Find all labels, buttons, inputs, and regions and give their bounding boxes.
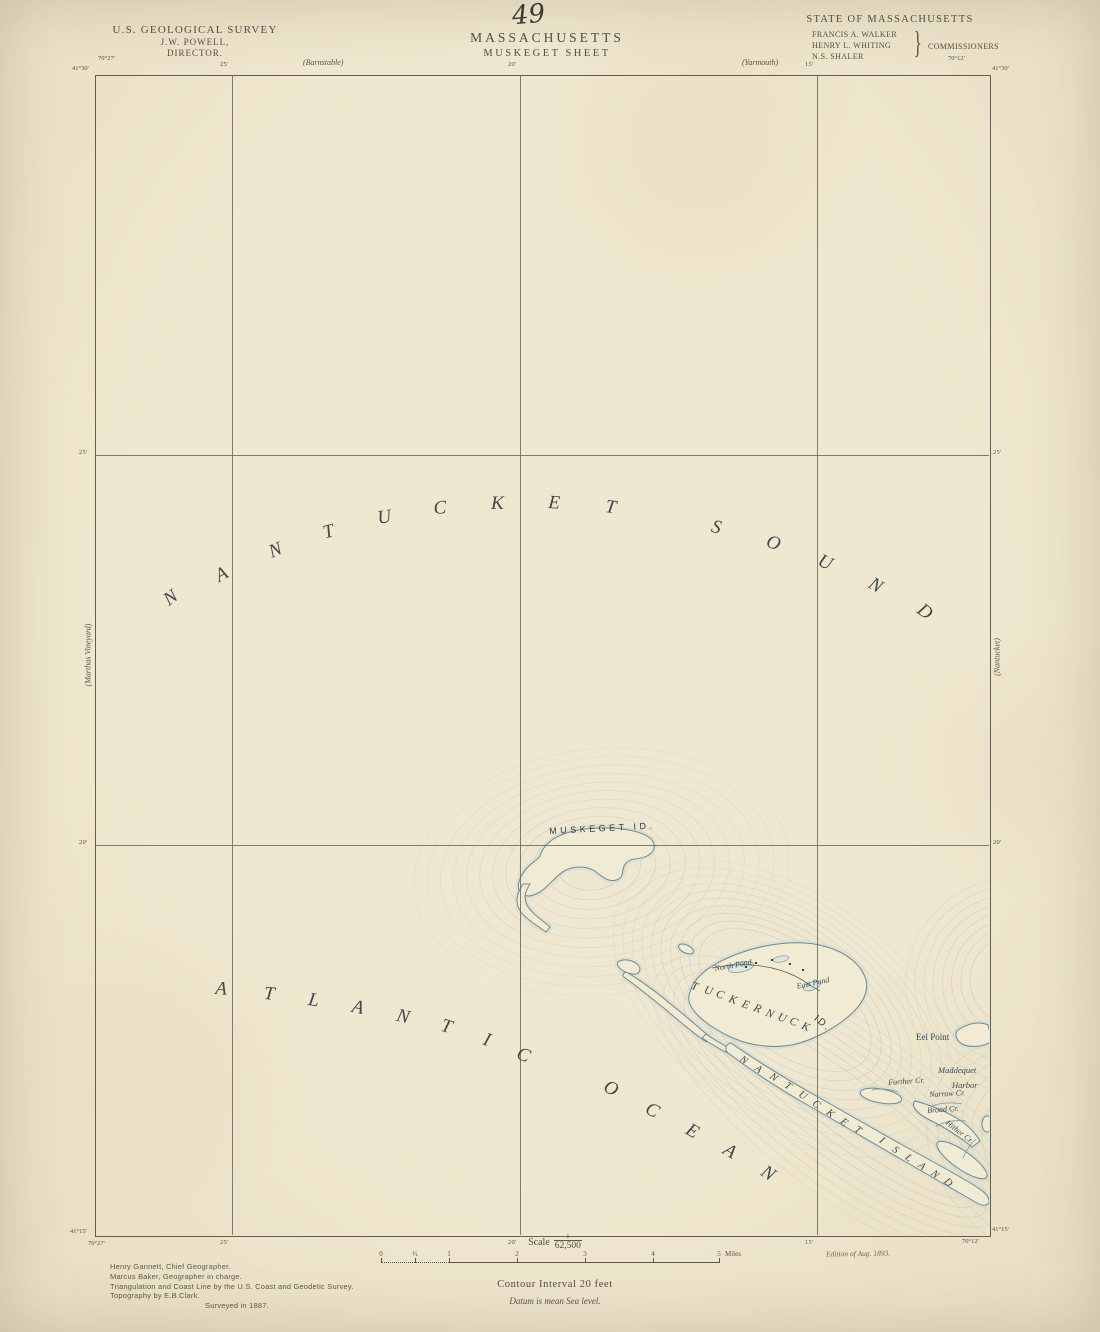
datum-note: Datum is mean Sea level. <box>440 1296 670 1306</box>
adjoining-sheet-yarmouth: (Yarmouth) <box>742 58 778 67</box>
scale-bar-tick-label: 1 <box>447 1250 451 1258</box>
scale-bar-tick <box>719 1258 720 1263</box>
graticule-tick-label: 20' <box>508 1239 517 1246</box>
corner-longitude: 70°12' <box>948 55 965 62</box>
atlantic-ocean-letter: A <box>215 979 228 999</box>
meridian-line <box>817 75 818 1235</box>
sheet-title-block: MASSACHUSETTS MUSKEGET SHEET <box>402 30 692 59</box>
scale-word: Scale <box>528 1237 550 1248</box>
adjoining-sheet-barnstable: (Barnstable) <box>303 58 343 67</box>
brace-glyph: } <box>913 24 921 61</box>
corner-longitude: 70°27' <box>98 55 115 62</box>
corner-longitude: 70°12' <box>962 1238 979 1245</box>
nantucket-sound-letter: U <box>376 507 393 528</box>
director-title: DIRECTOR. <box>95 48 295 58</box>
sheet-name-subtitle: MUSKEGET SHEET <box>402 48 692 59</box>
scale-bar-tick-label: 2 <box>515 1250 519 1258</box>
adjoining-sheet-nantucket: (Nantucket) <box>993 638 1002 676</box>
corner-latitude: 41°30' <box>72 65 89 72</box>
scale-bar-tick-label: 5 <box>717 1250 721 1258</box>
corner-latitude: 41°15' <box>70 1228 87 1235</box>
credit-line: Henry Gannett, Chief Geographer. <box>110 1262 354 1272</box>
scale-denominator: 62,500 <box>554 1240 582 1251</box>
scale-bar-tick <box>415 1258 416 1263</box>
map-neatline <box>95 75 991 1237</box>
parallel-line <box>95 455 989 456</box>
state-name-title: MASSACHUSETTS <box>402 30 692 46</box>
agency-name: U.S. GEOLOGICAL SURVEY <box>95 24 295 36</box>
director-name: J.W. POWELL, <box>95 37 295 47</box>
credit-line: Surveyed in 1887. <box>205 1301 354 1311</box>
corner-longitude: 70°27' <box>88 1240 105 1247</box>
scale-bar-tick-label: 0 <box>379 1250 383 1258</box>
atlantic-ocean-letter: T <box>263 984 276 1004</box>
commissioner-name: N.S. SHALER <box>812 51 897 62</box>
handwritten-sheet-number: 49 <box>511 0 547 31</box>
place-label: Eel Point <box>916 1033 949 1042</box>
graticule-tick-label: 25' <box>220 1239 229 1246</box>
commissioner-names: FRANCIS A. WALKER HENRY L. WHITING N.S. … <box>812 29 897 62</box>
scale-bar-tick <box>517 1258 518 1263</box>
scale-bar-tick <box>449 1258 450 1263</box>
scale-bar-main-segment <box>449 1262 719 1263</box>
parallel-line <box>95 845 989 846</box>
graticule-tick-label: 15' <box>805 1239 814 1246</box>
scale-fraction: 162,500 <box>554 1234 582 1251</box>
graticule-tick-label: 20' <box>993 839 1002 846</box>
scale-bar-tick <box>381 1258 382 1263</box>
commissioners-block: STATE OF MASSACHUSETTS FRANCIS A. WALKER… <box>760 14 1020 25</box>
commissioner-name: FRANCIS A. WALKER <box>812 29 897 40</box>
credit-line: Triangulation and Coast Line by the U.S.… <box>110 1282 354 1292</box>
nantucket-sound-letter: K <box>491 494 504 513</box>
muskeget-topographic-map-sheet: U.S. GEOLOGICAL SURVEY J.W. POWELL, DIRE… <box>0 0 1100 1332</box>
graticule-tick-label: 15' <box>805 61 814 68</box>
credit-line: Marcus Baker, Geographer in charge. <box>110 1272 354 1282</box>
edition-note: Edition of Aug. 1893. <box>826 1248 890 1258</box>
agency-heading: U.S. GEOLOGICAL SURVEY J.W. POWELL, DIRE… <box>95 24 295 58</box>
scale-bar-tick-label: 3 <box>583 1250 587 1258</box>
scale-bar-miles-label: Miles <box>725 1250 741 1258</box>
nantucket-sound-letter: C <box>433 498 447 518</box>
corner-latitude: 41°15' <box>992 1226 1009 1233</box>
corner-latitude: 41°30' <box>992 65 1009 72</box>
place-label: Maddequet <box>938 1066 976 1075</box>
credit-line: Topography by E.B.Clark. <box>110 1291 354 1301</box>
graticule-tick-label: 25' <box>220 61 229 68</box>
contour-interval-note: Contour Interval 20 feet <box>440 1279 670 1290</box>
graticule-tick-label: 25' <box>79 449 88 456</box>
state-heading: STATE OF MASSACHUSETTS <box>760 14 1020 25</box>
graticule-tick-label: 25' <box>993 449 1002 456</box>
scale-bar-tick <box>585 1258 586 1263</box>
depth-contour-ring <box>972 1062 1100 1238</box>
scale-bar-tick-label: 4 <box>651 1250 655 1258</box>
scale-bar-tick-label: ½ <box>412 1250 417 1258</box>
adjoining-sheet-marthas-vineyard: (Marthas Vineyard) <box>84 624 93 687</box>
meridian-line <box>232 75 233 1235</box>
map-credits: Henry Gannett, Chief Geographer.Marcus B… <box>110 1262 354 1311</box>
graticule-tick-label: 20' <box>508 61 517 68</box>
commissioners-label: COMMISSIONERS <box>928 42 999 51</box>
commissioner-name: HENRY L. WHITING <box>812 40 897 51</box>
graticule-tick-label: 20' <box>79 839 88 846</box>
nantucket-sound-letter: E <box>548 493 561 513</box>
scale-statement: Scale162,500 <box>440 1234 670 1251</box>
scale-bar-tick <box>653 1258 654 1263</box>
